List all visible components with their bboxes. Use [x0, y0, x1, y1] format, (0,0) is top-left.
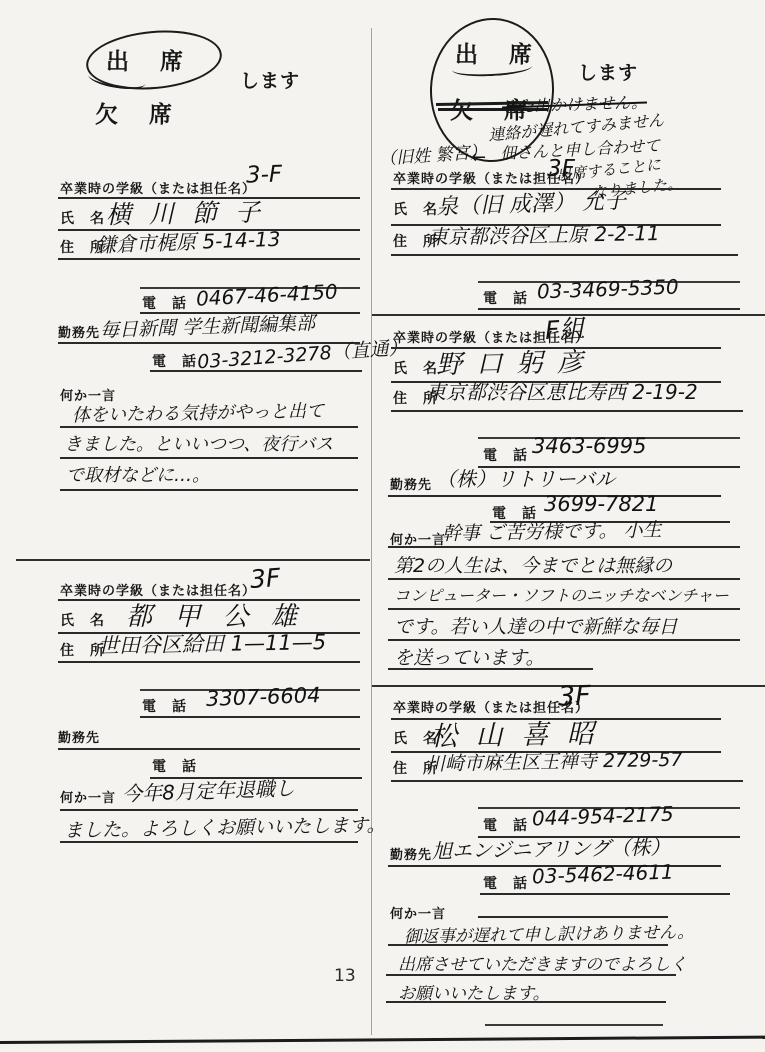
card-separator-line: [16, 559, 370, 561]
phone-label: 電 話: [152, 756, 197, 776]
name-value: 泉（旧 成澤） 允子: [436, 184, 627, 222]
comment-label: 何か一言: [390, 903, 446, 922]
rule-line: [388, 639, 740, 641]
rule-line: [60, 809, 358, 811]
rule-line: [478, 916, 668, 918]
name-label: 氏 名: [60, 208, 105, 228]
address-value: 鎌倉市梶原 5-14-13: [96, 223, 281, 258]
blank-line: [485, 1024, 663, 1026]
workplace-label: 勤務先: [390, 474, 432, 493]
phone-label: 電 話: [483, 288, 528, 308]
column-divider-line: [371, 28, 372, 1035]
phone-value: 3307-6604: [206, 683, 321, 711]
rule-line: [478, 308, 740, 310]
phone-label: 電 話: [483, 815, 528, 835]
grad-class-value: 3F: [547, 156, 575, 182]
rule-line: [388, 546, 740, 548]
grad-class-value: 3F: [249, 563, 281, 594]
comment-label: 何か一言: [60, 787, 116, 806]
shimasu-text: します: [240, 66, 300, 93]
phone-label: 電 話: [152, 351, 197, 371]
phone-value: 0467-46-4150: [195, 279, 338, 310]
shimasu-text: します: [578, 58, 638, 85]
phone-label: 電 話: [483, 445, 528, 465]
workplace-label: 勤務先: [390, 844, 432, 863]
rule-line: [391, 780, 743, 782]
phone-label: 電 話: [142, 696, 187, 716]
comment-line: きました。といいつつ、夜行バス: [64, 430, 333, 456]
grad-class-value: 3F: [557, 680, 591, 712]
phone-value: 03-3469-5350: [537, 275, 679, 304]
page-number: 13: [334, 966, 356, 986]
scan-bottom-edge: [0, 1036, 765, 1044]
workplace-value: 毎日新聞 学生新聞編集部: [100, 308, 316, 342]
rule-line: [388, 944, 668, 946]
rule-line: [60, 426, 358, 428]
grad-class-value: 3-F: [246, 161, 283, 188]
comment-line: を送っています。: [394, 643, 544, 670]
address-value: 川崎市麻生区王禅寺 2729-57: [426, 745, 683, 776]
rule-line: [388, 578, 740, 580]
workplace-label: 勤務先: [58, 727, 100, 746]
absent-option: 欠 席: [95, 96, 176, 129]
comment-line: 出席させていただきますのでよろしく: [398, 950, 687, 975]
comment-line: です。若い人達の中で新鮮な毎日: [394, 612, 677, 639]
rule-line: [386, 1001, 666, 1003]
comment-line: 第2の人生は、今までとは無縁の: [394, 551, 672, 578]
comment-line: 体をいたわる気持がやっと出て: [72, 397, 324, 427]
comment-line: 幹事 ご苦労様です。 小生: [442, 515, 662, 546]
rule-line: [386, 974, 676, 976]
rule-line: [58, 661, 360, 663]
comment-line: で取材などに…。: [66, 461, 210, 487]
workplace-phone-value: 03-5462-4611: [532, 860, 674, 889]
comment-line: ました。よろしくお願いいたします。: [64, 810, 386, 843]
scanned-reply-card-page: 出 席 します 欠 席 卒業時の学級（または担任名） 3-F 氏 名 横 川 節…: [0, 0, 765, 1052]
phone-value: 3463-6995: [532, 434, 646, 458]
rule-line: [60, 489, 358, 491]
name-label: 氏 名: [393, 358, 438, 378]
rule-line: [388, 668, 593, 670]
name-label: 氏 名: [60, 610, 105, 630]
address-value: 東京都渋谷区上原 2-2-11: [428, 217, 660, 250]
name-label: 氏 名: [393, 199, 438, 219]
attend-option: 出 席: [106, 43, 187, 76]
workplace-phone-value: 3699-7821: [544, 492, 658, 516]
address-value: 東京都渋谷区恵比寿西 2-19-2: [426, 376, 698, 405]
rule-line: [391, 410, 743, 412]
rule-line: [388, 608, 740, 610]
workplace-label: 勤務先: [58, 322, 100, 341]
arrow-mark: ←: [471, 147, 486, 168]
phone-label: 電 話: [483, 873, 528, 893]
comment-line: 今年8月定年退職し: [122, 772, 296, 807]
rule-line: [150, 370, 362, 372]
rule-line: [58, 748, 360, 750]
rule-line: [60, 457, 358, 459]
phone-label: 電 話: [142, 293, 187, 313]
address-value: 世田谷区給田 1—11—5: [98, 626, 327, 660]
workplace-value: 旭エンジニアリング（株）: [432, 831, 671, 864]
rule-line: [140, 716, 360, 718]
attend-option: 出 席: [455, 36, 536, 69]
rule-line: [60, 841, 358, 843]
comment-line: コンピューター・ソフトのニッチなベンチャー: [394, 583, 729, 606]
workplace-phone-value: 03-3212-3278（直通）: [196, 333, 408, 375]
workplace-value: （株）リトリーバル: [436, 463, 615, 492]
rule-line: [58, 258, 360, 260]
rule-line: [480, 893, 730, 895]
rule-line: [391, 254, 738, 256]
phone-value: 044-954-2175: [532, 802, 674, 831]
